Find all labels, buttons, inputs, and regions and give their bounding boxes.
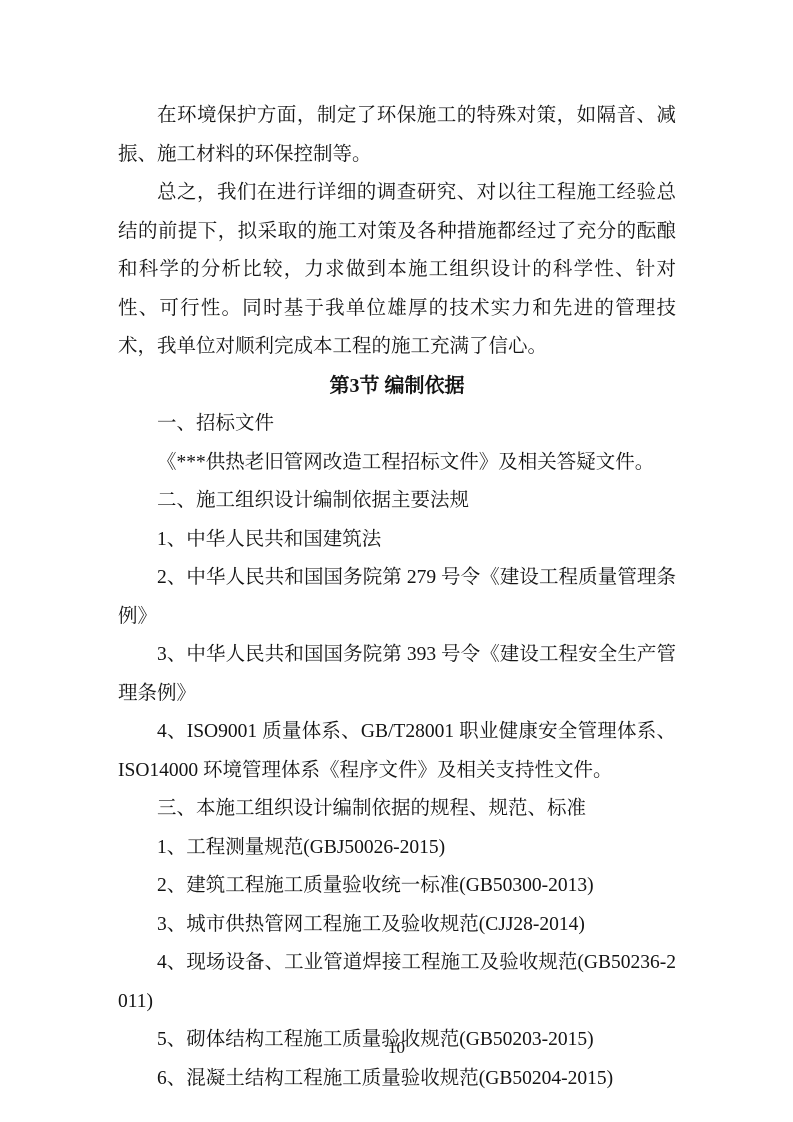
paragraph-environment-protection: 在环境保护方面，制定了环保施工的特殊对策，如隔音、减振、施工材料的环保控制等。 (118, 97, 676, 174)
list-item-standard-6: 6、混凝土结构工程施工质量验收规范(GB50204-2015) (118, 1060, 676, 1099)
list-item-standard-3: 3、城市供热管网工程施工及验收规范(CJJ28-2014) (118, 906, 676, 945)
list-item-law-4: 4、ISO9001 质量体系、GB/T28001 职业健康安全管理体系、ISO1… (118, 713, 676, 790)
list-item-bidding-documents-title: 一、招标文件 (118, 405, 676, 444)
list-item-law-1: 1、中华人民共和国建筑法 (118, 521, 676, 560)
list-item-laws-title: 二、施工组织设计编制依据主要法规 (118, 482, 676, 521)
list-item-standard-1: 1、工程测量规范(GBJ50026-2015) (118, 829, 676, 868)
list-item-bidding-documents: 《***供热老旧管网改造工程招标文件》及相关答疑文件。 (118, 444, 676, 483)
page-number: 10 (0, 1037, 793, 1059)
paragraph-summary: 总之，我们在进行详细的调查研究、对以往工程施工经验总结的前提下，拟采取的施工对策… (118, 174, 676, 367)
page-body: 在环境保护方面，制定了环保施工的特殊对策，如隔音、减振、施工材料的环保控制等。 … (118, 97, 676, 1098)
list-item-law-3: 3、中华人民共和国国务院第 393 号令《建设工程安全生产管理条例》 (118, 636, 676, 713)
list-item-law-2: 2、中华人民共和国国务院第 279 号令《建设工程质量管理条例》 (118, 559, 676, 636)
list-item-standards-title: 三、本施工组织设计编制依据的规程、规范、标准 (118, 790, 676, 829)
list-item-standard-2: 2、建筑工程施工质量验收统一标准(GB50300-2013) (118, 867, 676, 906)
list-item-standard-4: 4、现场设备、工业管道焊接工程施工及验收规范(GB50236-2011) (118, 944, 676, 1021)
section-heading: 第3节 编制依据 (118, 367, 676, 406)
document-page: 在环境保护方面，制定了环保施工的特殊对策，如隔音、减振、施工材料的环保控制等。 … (0, 0, 793, 1122)
